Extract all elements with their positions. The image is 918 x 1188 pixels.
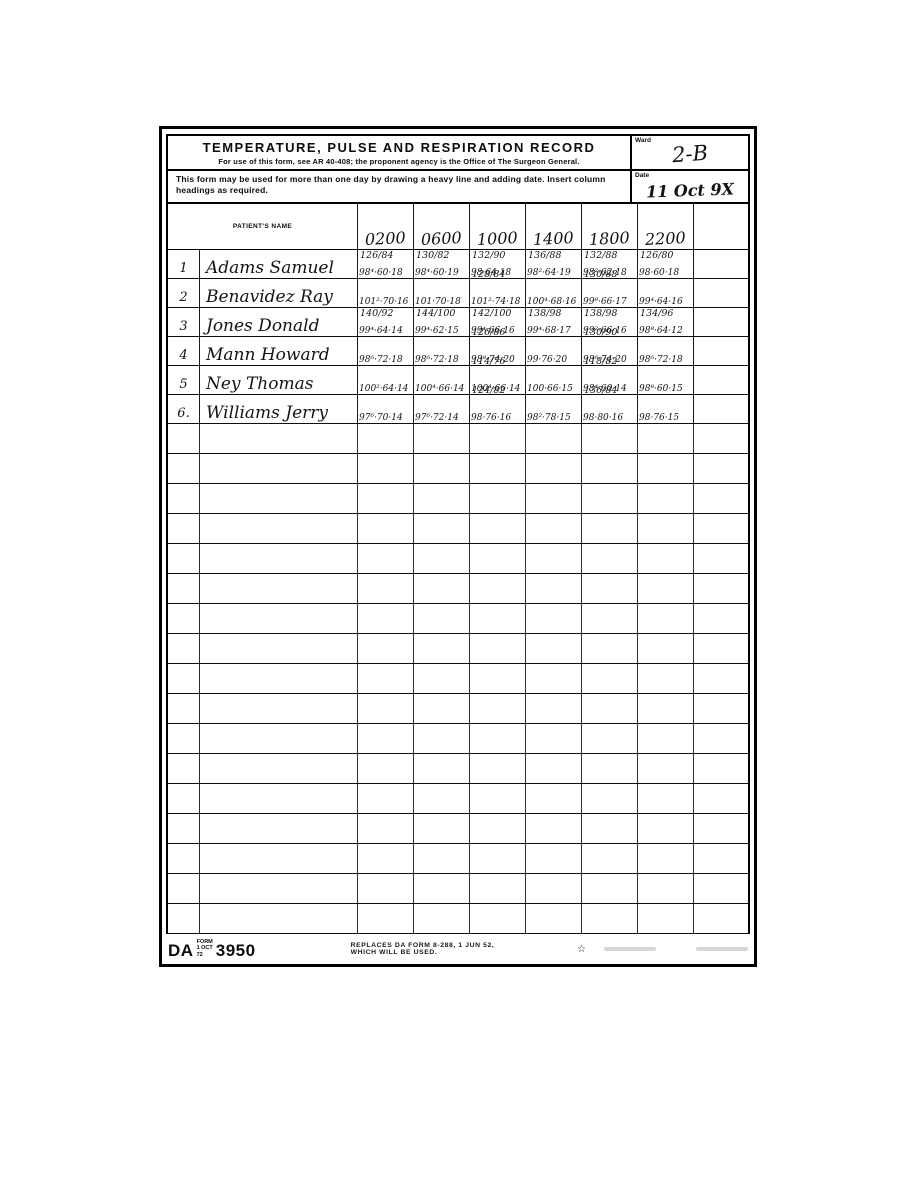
vitals-cell: 97⁶·70·14 <box>358 395 414 423</box>
time-header-cell: 0600 <box>414 204 470 249</box>
empty-vitals-cell <box>638 664 694 693</box>
empty-vitals-cell <box>582 784 638 813</box>
empty-vitals-cell <box>414 634 470 663</box>
time-header: 1800 <box>589 230 631 250</box>
empty-vitals-cell <box>414 874 470 903</box>
empty-vitals-cell <box>582 664 638 693</box>
empty-vitals-cell <box>358 484 414 513</box>
vitals-cell: 98⁸·60·15 <box>638 366 694 394</box>
empty-vitals-cell <box>470 634 526 663</box>
empty-vitals-cell <box>582 754 638 783</box>
ward-box: Ward 2-B <box>632 136 748 169</box>
patient-number-cell: 5 <box>168 366 200 394</box>
temp-pulse-resp-value: 97⁶·72·14 <box>415 414 459 423</box>
vitals-cell: 97⁶·72·14 <box>414 395 470 423</box>
empty-vitals-cell <box>582 484 638 513</box>
instruction-band: This form may be used for more than one … <box>168 171 748 204</box>
patient-name: Adams Samuel <box>206 260 334 278</box>
empty-vitals-cell <box>470 574 526 603</box>
date-value: 11 Oct 9X <box>636 179 745 202</box>
instruction-text: This form may be used for more than one … <box>176 174 622 197</box>
empty-vitals-cell <box>358 814 414 843</box>
form-edition-line2: 1 OCT 72 <box>197 945 213 957</box>
row-filler-cell <box>694 395 748 423</box>
empty-vitals-cell <box>526 574 582 603</box>
empty-name-cell <box>200 424 358 453</box>
empty-vitals-cell <box>358 874 414 903</box>
empty-number-cell <box>168 454 200 483</box>
vitals-cell: 99·76·20 <box>526 337 582 365</box>
vitals-cell: 136/8898²·64·19 <box>526 250 582 278</box>
empty-filler-cell <box>694 574 748 603</box>
vitals-cell: 100⁴·68·16 <box>526 279 582 307</box>
empty-vitals-cell <box>638 814 694 843</box>
blood-pressure-value: 128/84 <box>472 270 505 280</box>
patient-name-cell: Jones Donald <box>200 308 358 336</box>
vitals-cell: 134/9698⁸·64·12 <box>638 308 694 336</box>
empty-vitals-cell <box>582 724 638 753</box>
empty-number-cell <box>168 514 200 543</box>
blood-pressure-value: 132/88 <box>584 251 617 261</box>
empty-vitals-cell <box>358 664 414 693</box>
temp-pulse-resp-value: 98²·78·15 <box>527 414 571 423</box>
empty-vitals-cell <box>358 424 414 453</box>
empty-vitals-cell <box>470 484 526 513</box>
empty-vitals-cell <box>470 784 526 813</box>
blood-pressure-value: 124/82 <box>472 386 505 396</box>
form-title: TEMPERATURE, PULSE AND RESPIRATION RECOR… <box>174 140 624 155</box>
empty-vitals-cell <box>470 514 526 543</box>
blood-pressure-value: 118/82 <box>584 357 617 367</box>
ward-label: Ward <box>635 137 651 144</box>
blood-pressure-value: 126/86 <box>472 328 505 338</box>
empty-number-cell <box>168 604 200 633</box>
empty-name-cell <box>200 454 358 483</box>
row-filler-cell <box>694 308 748 336</box>
patient-name-cell: Benavidez Ray <box>200 279 358 307</box>
empty-vitals-cell <box>638 424 694 453</box>
empty-vitals-cell <box>358 754 414 783</box>
form-subtitle: For use of this form, see AR 40-408; the… <box>174 157 624 166</box>
patient-name-header: PATIENT'S NAME <box>233 223 292 230</box>
temp-pulse-resp-value: 98·60·18 <box>639 269 679 278</box>
temp-pulse-resp-value: 97⁶·70·14 <box>359 414 403 423</box>
empty-vitals-cell <box>582 874 638 903</box>
temp-pulse-resp-value: 98⁶·72·18 <box>415 356 459 365</box>
empty-name-cell <box>200 574 358 603</box>
blood-pressure-value: 144/100 <box>416 309 455 319</box>
patient-row: 5Ney Thomas100²·64·14100⁴·66·14114/76100… <box>168 366 748 395</box>
empty-vitals-cell <box>358 604 414 633</box>
empty-vitals-cell <box>526 904 582 933</box>
empty-row <box>168 694 748 724</box>
vitals-cell: 101·70·18 <box>414 279 470 307</box>
empty-vitals-cell <box>470 874 526 903</box>
empty-vitals-cell <box>526 544 582 573</box>
patient-number: 6. <box>177 407 189 423</box>
empty-vitals-cell <box>638 634 694 663</box>
time-header-cell: 2200 <box>638 204 694 249</box>
form-prefix: DA <box>168 942 194 959</box>
temp-pulse-resp-value: 98⁴·60·18 <box>359 269 403 278</box>
empty-filler-cell <box>694 544 748 573</box>
empty-row <box>168 454 748 484</box>
vitals-cell: 130/8899⁸·66·17 <box>582 279 638 307</box>
instruction-block: This form may be used for more than one … <box>168 171 632 202</box>
empty-row <box>168 754 748 784</box>
empty-vitals-cell <box>414 694 470 723</box>
empty-number-cell <box>168 844 200 873</box>
empty-filler-cell <box>694 424 748 453</box>
vitals-cell: 126/8098·60·18 <box>638 250 694 278</box>
patient-row: 3Jones Donald140/9299⁴·64·14144/10099⁴·6… <box>168 308 748 337</box>
empty-filler-cell <box>694 814 748 843</box>
form-footer: DA FORM 1 OCT 72 3950 REPLACES DA FORM 8… <box>166 934 750 964</box>
empty-filler-cell <box>694 514 748 543</box>
temp-pulse-resp-value: 99⁸·66·17 <box>583 298 627 307</box>
empty-vitals-cell <box>582 694 638 723</box>
temp-pulse-resp-value: 98⁶·72·18 <box>639 356 683 365</box>
empty-name-cell <box>200 634 358 663</box>
time-header: 0600 <box>421 230 463 250</box>
empty-row <box>168 784 748 814</box>
empty-vitals-cell <box>414 784 470 813</box>
empty-row <box>168 724 748 754</box>
empty-name-cell <box>200 814 358 843</box>
empty-name-cell <box>200 664 358 693</box>
blood-pressure-value: 126/80 <box>640 251 673 261</box>
vitals-cell: 100²·64·14 <box>358 366 414 394</box>
empty-vitals-cell <box>358 574 414 603</box>
empty-name-cell <box>200 844 358 873</box>
empty-vitals-cell <box>638 454 694 483</box>
temp-pulse-resp-value: 98·80·16 <box>583 414 623 423</box>
temp-pulse-resp-value: 99⁴·62·15 <box>415 327 459 336</box>
empty-number-cell <box>168 634 200 663</box>
vitals-cell: 130/8298⁴·60·19 <box>414 250 470 278</box>
vitals-cell: 100·66·15 <box>526 366 582 394</box>
empty-vitals-cell <box>638 574 694 603</box>
empty-vitals-cell <box>582 634 638 663</box>
time-header: 2200 <box>645 230 687 250</box>
blood-pressure-value: 140/92 <box>360 309 393 319</box>
empty-vitals-cell <box>414 904 470 933</box>
empty-filler-cell <box>694 604 748 633</box>
empty-row <box>168 574 748 604</box>
empty-vitals-cell <box>414 604 470 633</box>
empty-vitals-cell <box>470 724 526 753</box>
empty-row <box>168 874 748 904</box>
empty-vitals-cell <box>638 784 694 813</box>
vitals-cell: 124/8298·76·16 <box>470 395 526 423</box>
temp-pulse-resp-value: 101²·74·18 <box>471 298 520 307</box>
temp-pulse-resp-value: 100⁴·68·16 <box>527 298 576 307</box>
blood-pressure-value: 114/76 <box>472 357 505 367</box>
blood-pressure-value: 132/90 <box>472 251 505 261</box>
empty-name-cell <box>200 724 358 753</box>
empty-name-cell <box>200 874 358 903</box>
patient-row: 1Adams Samuel126/8498⁴·60·18130/8298⁴·60… <box>168 250 748 279</box>
patient-number-cell: 6. <box>168 395 200 423</box>
temp-pulse-resp-value: 101²·70·16 <box>359 298 408 307</box>
empty-vitals-cell <box>582 844 638 873</box>
vitals-cell: 126/8498⁴·60·18 <box>358 250 414 278</box>
empty-vitals-cell <box>582 904 638 933</box>
empty-vitals-cell <box>470 454 526 483</box>
empty-number-cell <box>168 904 200 933</box>
temp-pulse-resp-value: 99·76·20 <box>527 356 567 365</box>
patient-name-cell: Adams Samuel <box>200 250 358 278</box>
empty-vitals-cell <box>526 514 582 543</box>
empty-vitals-cell <box>358 844 414 873</box>
empty-number-cell <box>168 484 200 513</box>
empty-vitals-cell <box>638 544 694 573</box>
empty-row <box>168 904 748 934</box>
patient-number-cell: 1 <box>168 250 200 278</box>
row-filler-cell <box>694 250 748 278</box>
empty-vitals-cell <box>414 454 470 483</box>
blood-pressure-value: 130/88 <box>584 270 617 280</box>
patient-number: 4 <box>179 349 187 365</box>
header-filler-cell <box>694 204 748 249</box>
temp-pulse-resp-value: 98⁸·64·12 <box>639 327 683 336</box>
empty-filler-cell <box>694 664 748 693</box>
empty-row <box>168 604 748 634</box>
patient-number-cell: 4 <box>168 337 200 365</box>
empty-vitals-cell <box>526 844 582 873</box>
patient-row: 6.Williams Jerry97⁶·70·1497⁶·72·14124/82… <box>168 395 748 424</box>
empty-name-cell <box>200 514 358 543</box>
empty-filler-cell <box>694 904 748 933</box>
empty-number-cell <box>168 544 200 573</box>
empty-vitals-cell <box>358 634 414 663</box>
time-header: 1000 <box>477 230 519 250</box>
empty-name-cell <box>200 784 358 813</box>
vitals-cell: 144/10099⁴·62·15 <box>414 308 470 336</box>
patient-name: Ney Thomas <box>206 376 313 394</box>
empty-vitals-cell <box>470 844 526 873</box>
vitals-cell: 138/9899⁴·68·17 <box>526 308 582 336</box>
title-block: TEMPERATURE, PULSE AND RESPIRATION RECOR… <box>168 136 632 169</box>
temp-pulse-resp-value: 99⁴·64·16 <box>639 298 683 307</box>
patient-number: 1 <box>179 262 187 278</box>
empty-vitals-cell <box>414 544 470 573</box>
patient-number-cell: 3 <box>168 308 200 336</box>
empty-vitals-cell <box>638 484 694 513</box>
empty-vitals-cell <box>526 694 582 723</box>
empty-vitals-cell <box>582 574 638 603</box>
empty-vitals-cell <box>414 574 470 603</box>
patient-name-cell: Mann Howard <box>200 337 358 365</box>
empty-vitals-cell <box>414 844 470 873</box>
empty-number-cell <box>168 664 200 693</box>
empty-vitals-cell <box>638 724 694 753</box>
time-header: 0200 <box>365 230 407 250</box>
row-filler-cell <box>694 279 748 307</box>
time-header: 1400 <box>533 230 575 250</box>
empty-row <box>168 844 748 874</box>
empty-vitals-cell <box>470 664 526 693</box>
empty-vitals-cell <box>358 514 414 543</box>
empty-vitals-cell <box>638 904 694 933</box>
empty-vitals-cell <box>526 784 582 813</box>
patient-name-cell: Ney Thomas <box>200 366 358 394</box>
empty-name-cell <box>200 604 358 633</box>
vitals-cell: 99⁴·64·16 <box>638 279 694 307</box>
empty-vitals-cell <box>526 874 582 903</box>
empty-vitals-cell <box>526 484 582 513</box>
empty-filler-cell <box>694 784 748 813</box>
empty-row <box>168 814 748 844</box>
vitals-cell: 101²·70·16 <box>358 279 414 307</box>
empty-number-cell <box>168 694 200 723</box>
table-header-row: PATIENT'S NAME 020006001000140018002200 <box>168 204 748 250</box>
blood-pressure-value: 136/84 <box>584 386 617 396</box>
temp-pulse-resp-value: 99⁴·64·14 <box>359 327 403 336</box>
patient-row: 2Benavidez Ray101²·70·16101·70·18128/841… <box>168 279 748 308</box>
vitals-cell: 128/84101²·74·18 <box>470 279 526 307</box>
vitals-cell: 98²·78·15 <box>526 395 582 423</box>
vitals-cell: 98⁶·72·18 <box>638 337 694 365</box>
blood-pressure-value: 138/98 <box>584 309 617 319</box>
patient-name: Mann Howard <box>206 347 330 365</box>
empty-vitals-cell <box>582 814 638 843</box>
empty-row <box>168 544 748 574</box>
empty-row <box>168 424 748 454</box>
time-header-cell: 1400 <box>526 204 582 249</box>
temp-pulse-resp-value: 99⁴·68·17 <box>527 327 571 336</box>
empty-filler-cell <box>694 754 748 783</box>
vitals-cell: 100⁴·66·14 <box>414 366 470 394</box>
empty-vitals-cell <box>526 664 582 693</box>
empty-name-cell <box>200 484 358 513</box>
replaces-text: REPLACES DA FORM 8-288, 1 JUN 52, WHICH … <box>351 942 517 956</box>
temp-pulse-resp-value: 101·70·18 <box>415 298 461 307</box>
empty-vitals-cell <box>526 814 582 843</box>
empty-vitals-cell <box>414 664 470 693</box>
empty-filler-cell <box>694 484 748 513</box>
temp-pulse-resp-value: 98⁸·60·15 <box>639 385 683 394</box>
ward-value: 2-B <box>635 138 744 169</box>
empty-number-cell <box>168 814 200 843</box>
empty-vitals-cell <box>582 454 638 483</box>
date-box: Date 11 Oct 9X <box>632 171 748 202</box>
vitals-cell: 98⁶·72·18 <box>414 337 470 365</box>
blood-pressure-value: 130/90 <box>584 328 617 338</box>
empty-filler-cell <box>694 694 748 723</box>
empty-name-cell <box>200 694 358 723</box>
empty-vitals-cell <box>358 454 414 483</box>
empty-vitals-cell <box>358 544 414 573</box>
empty-name-cell <box>200 544 358 573</box>
empty-vitals-cell <box>470 544 526 573</box>
row-filler-cell <box>694 366 748 394</box>
empty-vitals-cell <box>526 634 582 663</box>
patient-number: 2 <box>179 291 187 307</box>
blood-pressure-value: 138/98 <box>528 309 561 319</box>
empty-filler-cell <box>694 874 748 903</box>
empty-number-cell <box>168 724 200 753</box>
empty-vitals-cell <box>358 784 414 813</box>
faint-print-marks <box>604 947 748 951</box>
patient-name: Jones Donald <box>206 318 319 336</box>
empty-number-cell <box>168 754 200 783</box>
form-number: 3950 <box>216 942 256 959</box>
vitals-cell: 98⁶·72·18 <box>358 337 414 365</box>
empty-vitals-cell <box>638 754 694 783</box>
blood-pressure-value: 136/88 <box>528 251 561 261</box>
empty-rows <box>168 424 748 934</box>
time-header-cell: 1800 <box>582 204 638 249</box>
temp-pulse-resp-value: 100⁴·66·14 <box>415 385 464 394</box>
empty-vitals-cell <box>414 754 470 783</box>
empty-row <box>168 664 748 694</box>
form-id-block: DA FORM 1 OCT 72 3950 <box>168 939 256 958</box>
empty-vitals-cell <box>358 724 414 753</box>
empty-vitals-cell <box>470 754 526 783</box>
empty-number-cell <box>168 424 200 453</box>
temp-pulse-resp-value: 98²·64·19 <box>527 269 571 278</box>
date-label: Date <box>635 172 649 179</box>
empty-filler-cell <box>694 634 748 663</box>
blood-pressure-value: 126/84 <box>360 251 393 261</box>
empty-vitals-cell <box>470 424 526 453</box>
patient-name: Williams Jerry <box>206 405 328 423</box>
empty-number-cell <box>168 874 200 903</box>
vitals-cell: 136/8498·80·16 <box>582 395 638 423</box>
empty-vitals-cell <box>582 424 638 453</box>
patient-name: Benavidez Ray <box>206 289 333 307</box>
blood-pressure-value: 130/82 <box>416 251 449 261</box>
empty-filler-cell <box>694 454 748 483</box>
empty-vitals-cell <box>638 844 694 873</box>
empty-vitals-cell <box>358 904 414 933</box>
tpr-record-form: TEMPERATURE, PULSE AND RESPIRATION RECOR… <box>159 126 757 967</box>
empty-vitals-cell <box>526 424 582 453</box>
empty-vitals-cell <box>470 694 526 723</box>
empty-vitals-cell <box>414 514 470 543</box>
patient-number-cell: 2 <box>168 279 200 307</box>
patient-name-header-cell: PATIENT'S NAME <box>168 204 358 249</box>
empty-vitals-cell <box>638 604 694 633</box>
empty-vitals-cell <box>358 694 414 723</box>
empty-row <box>168 484 748 514</box>
empty-filler-cell <box>694 724 748 753</box>
empty-row <box>168 634 748 664</box>
empty-vitals-cell <box>582 604 638 633</box>
empty-vitals-cell <box>638 694 694 723</box>
patient-name-cell: Williams Jerry <box>200 395 358 423</box>
empty-vitals-cell <box>414 724 470 753</box>
blood-pressure-value: 142/100 <box>472 309 511 319</box>
blood-pressure-value: 134/96 <box>640 309 673 319</box>
scanned-page: TEMPERATURE, PULSE AND RESPIRATION RECOR… <box>0 0 918 1188</box>
temp-pulse-resp-value: 98⁶·72·18 <box>359 356 403 365</box>
empty-number-cell <box>168 784 200 813</box>
empty-vitals-cell <box>470 904 526 933</box>
form-edition: FORM 1 OCT 72 <box>197 939 213 958</box>
row-filler-cell <box>694 337 748 365</box>
empty-vitals-cell <box>414 814 470 843</box>
empty-vitals-cell <box>582 514 638 543</box>
empty-vitals-cell <box>526 724 582 753</box>
temp-pulse-resp-value: 98·76·15 <box>639 414 679 423</box>
empty-vitals-cell <box>414 424 470 453</box>
empty-vitals-cell <box>638 514 694 543</box>
form-body: TEMPERATURE, PULSE AND RESPIRATION RECOR… <box>166 134 750 934</box>
empty-number-cell <box>168 574 200 603</box>
empty-vitals-cell <box>582 544 638 573</box>
